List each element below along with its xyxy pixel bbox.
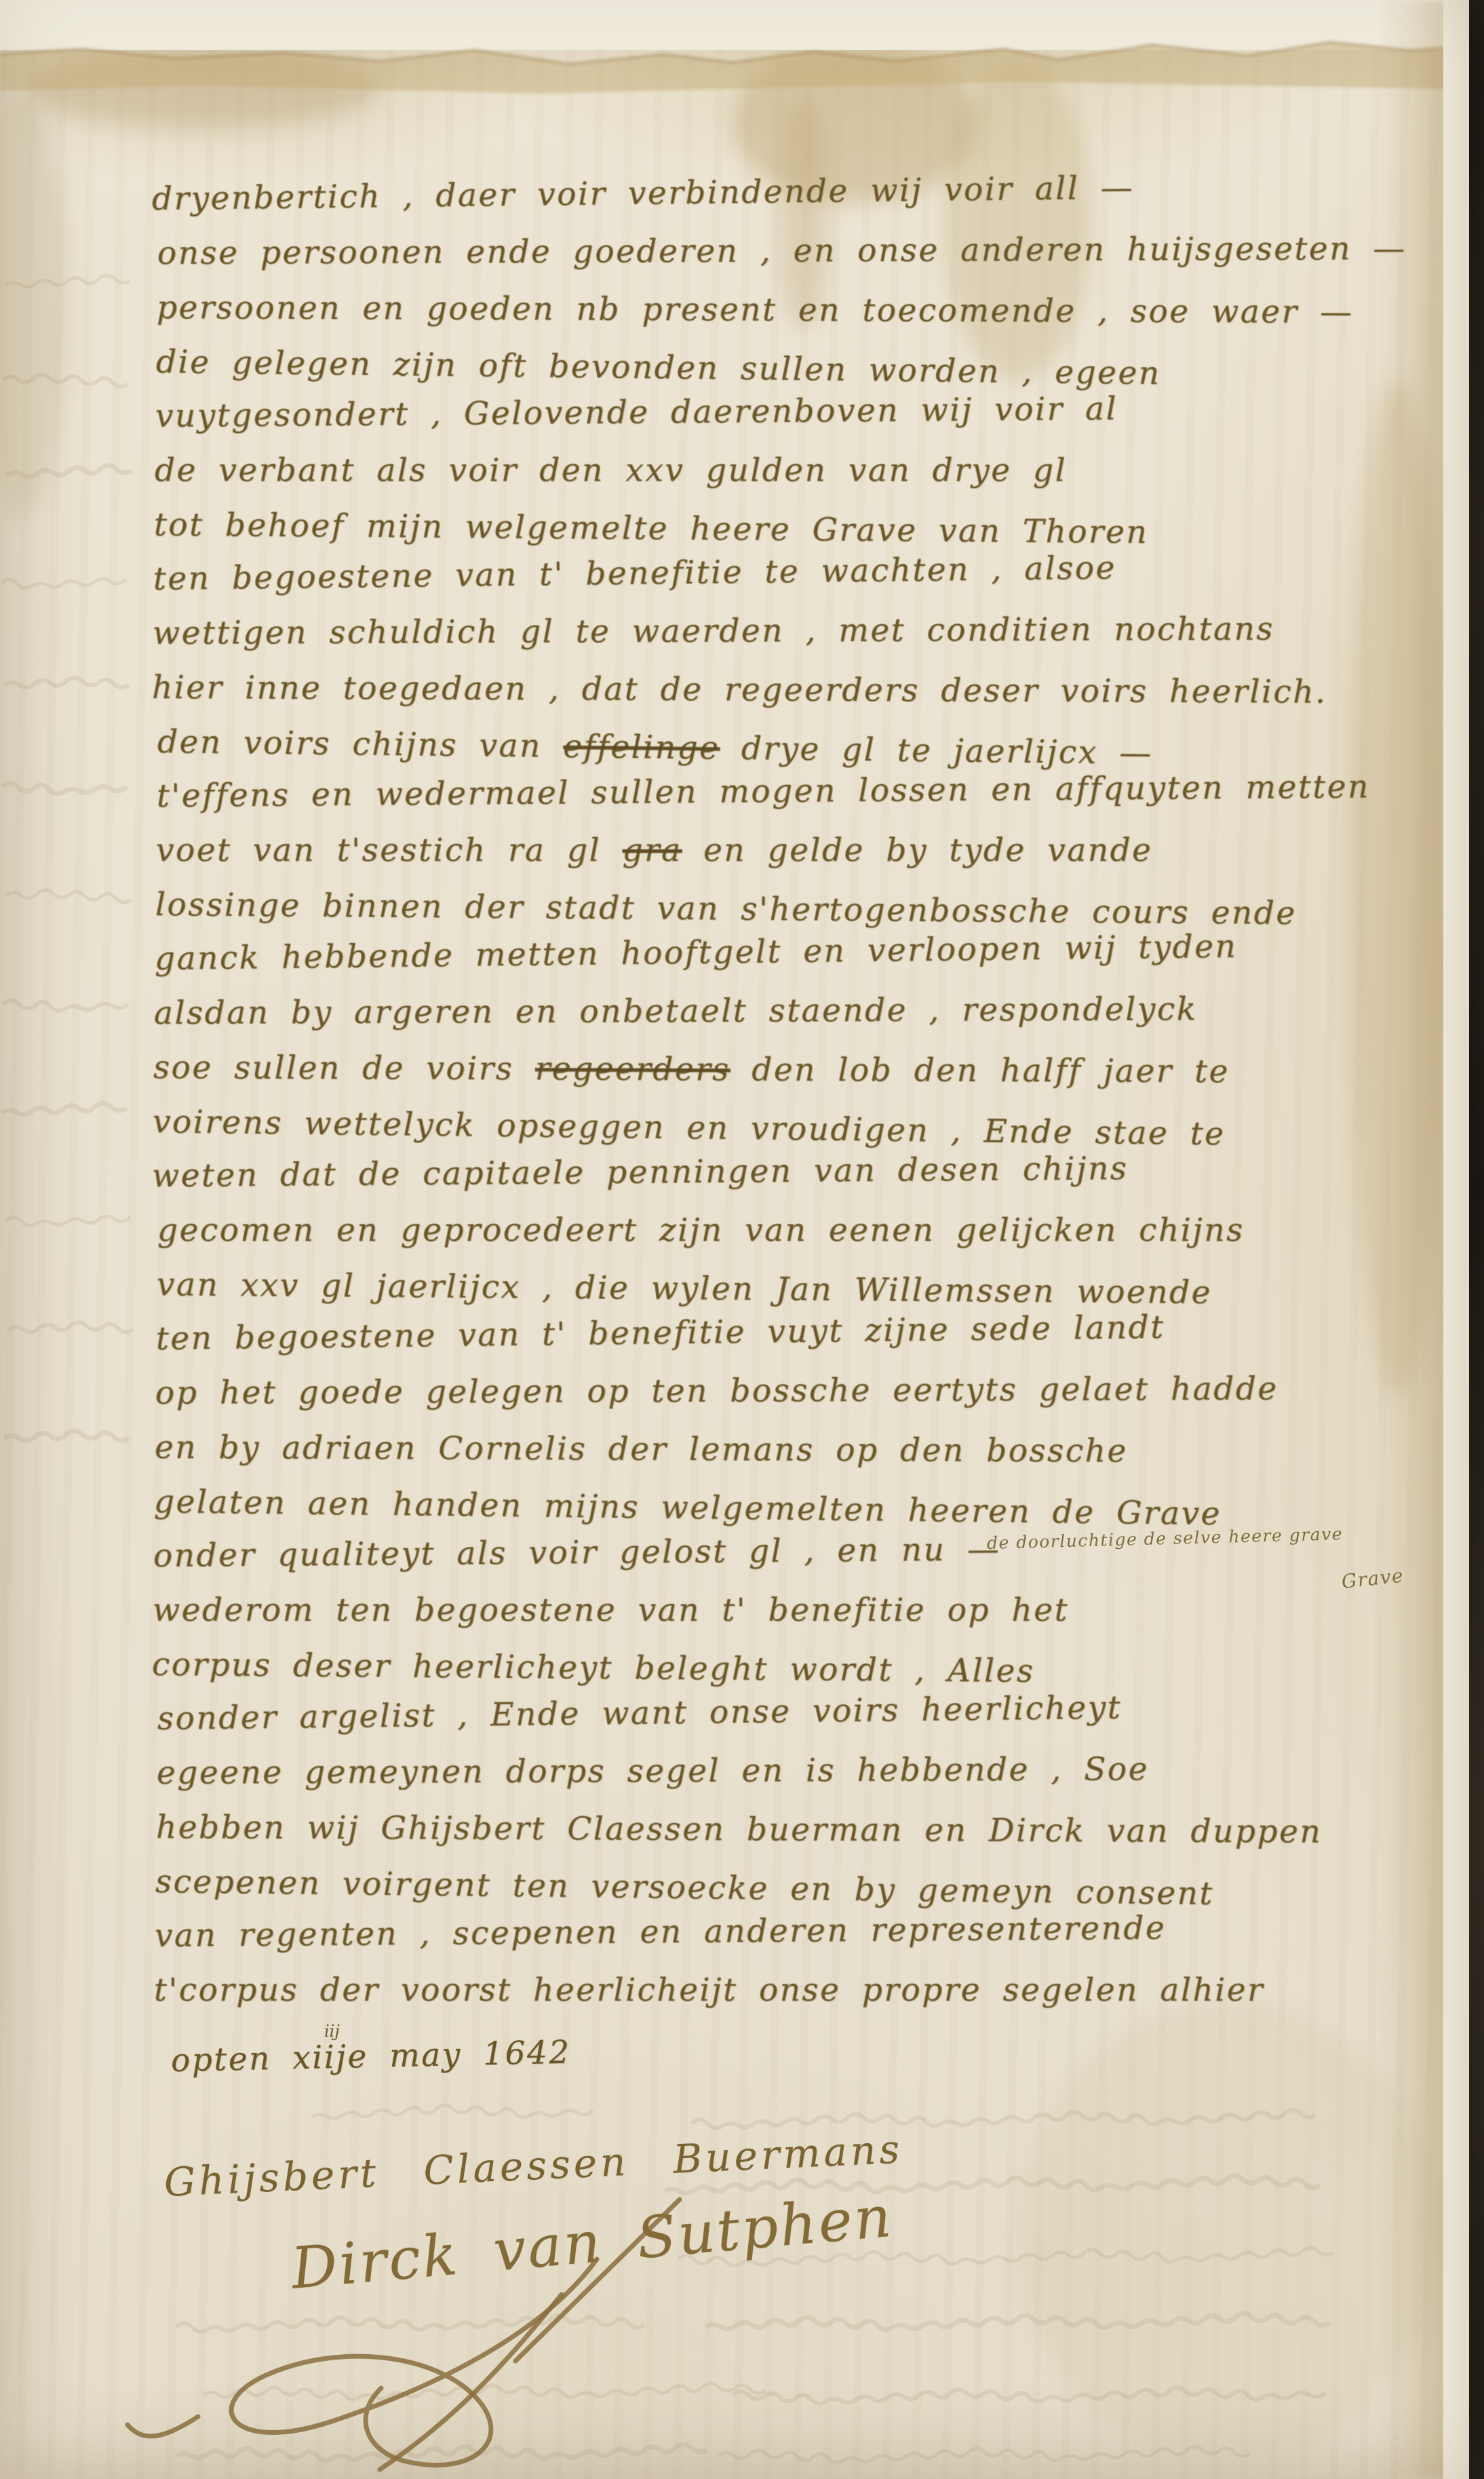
scanner-edge <box>1469 0 1484 2479</box>
signature-flourish <box>0 0 1484 2479</box>
manuscript-scan: dryenbertich , daer voir verbindende wij… <box>0 0 1484 2479</box>
